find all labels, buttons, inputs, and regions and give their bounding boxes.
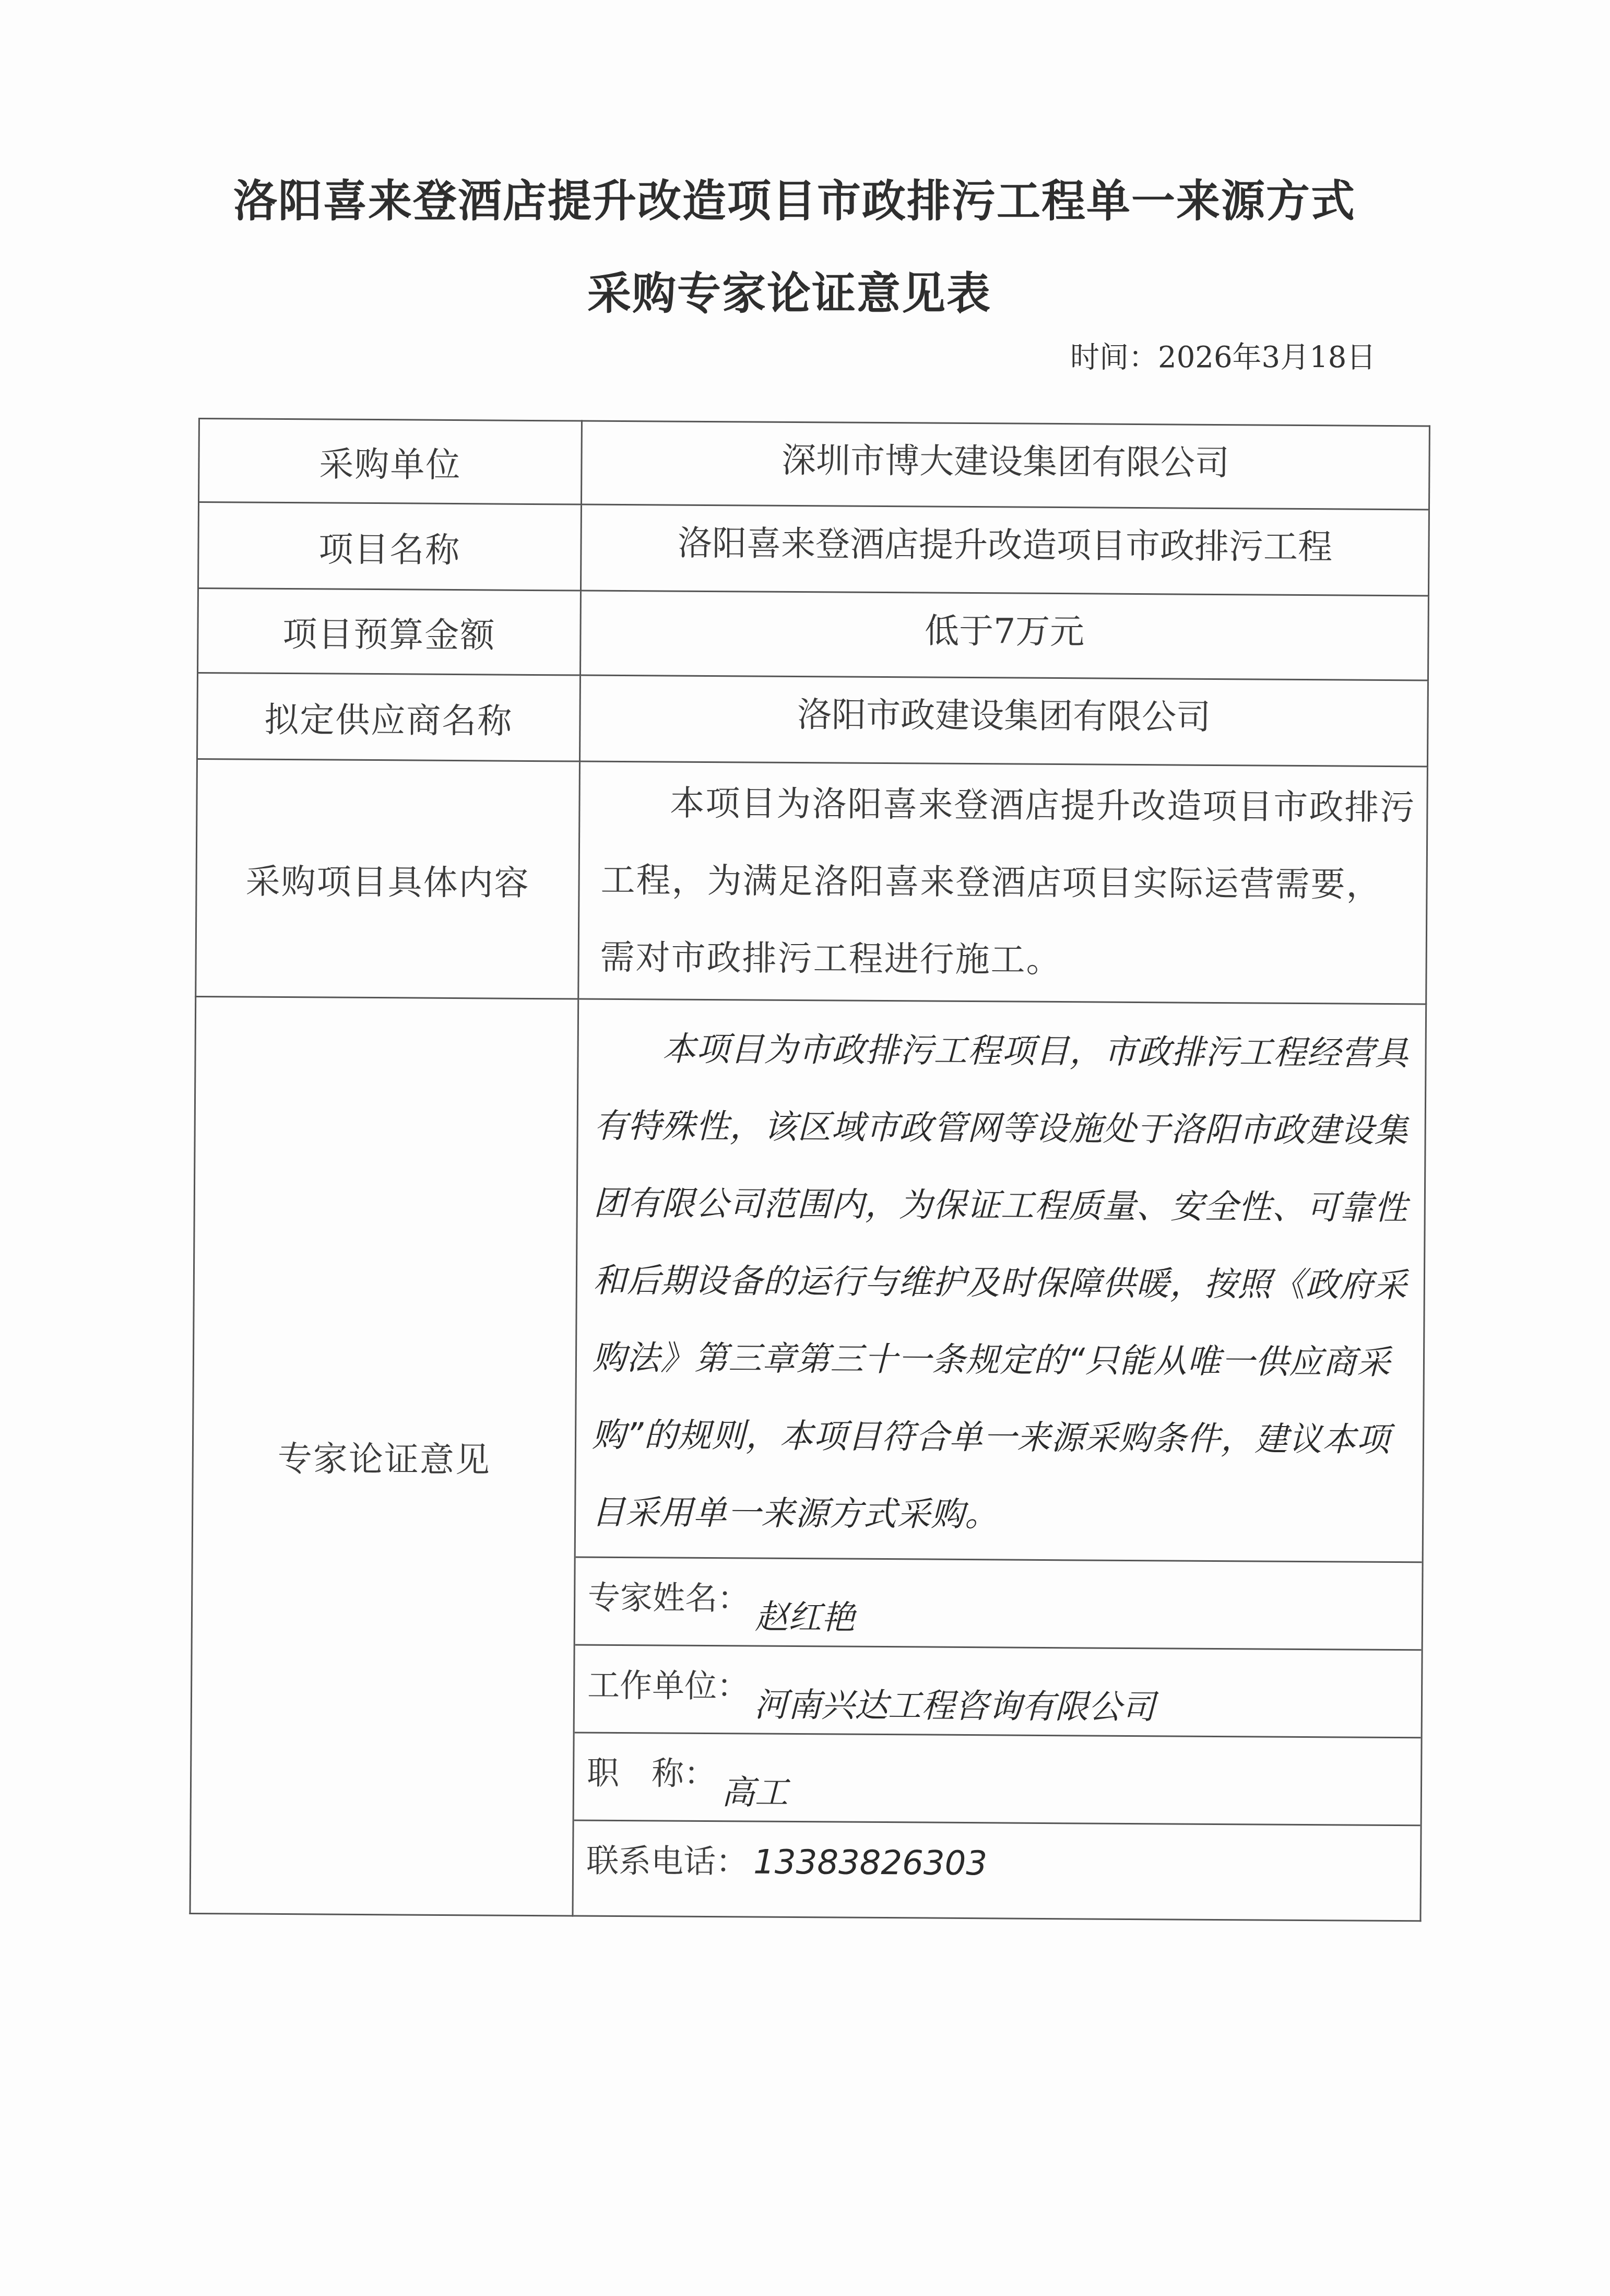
label-supplier: 拟定供应商名称 — [197, 673, 581, 761]
value-supplier: 洛阳市政建设集团有限公司 — [579, 675, 1428, 767]
expert-opinion-text: 本项目为市政排污工程项目，市政排污工程经营具有特殊性，该区域市政管网等设施处于洛… — [576, 999, 1426, 1563]
value-content-cell: 本项目为洛阳喜来登酒店提升改造项目市政排污工程，为满足洛阳喜来登酒店项目实际运营… — [578, 761, 1428, 1004]
expert-title-label: 职 称： — [587, 1734, 717, 1795]
label-purchaser: 采购单位 — [199, 419, 582, 504]
expert-opinion-cell: 本项目为市政排污工程项目，市政排污工程经营具有特殊性，该区域市政管网等设施处于洛… — [573, 999, 1426, 1921]
value-budget: 低于7万元 — [581, 591, 1429, 680]
expert-phone-row: 联系电话： 13383826303 — [573, 1821, 1420, 1920]
date-label: 时间： — [1070, 340, 1158, 374]
date-value: 2026年3月18日 — [1158, 340, 1376, 374]
document-title-line2: 采购专家论证意见表 — [0, 258, 1594, 322]
procurement-form-table: 采购单位 深圳市博大建设集团有限公司 项目名称 洛阳喜来登酒店提升改造项目市政排… — [189, 418, 1430, 1922]
expert-phone-label: 联系电话： — [586, 1821, 749, 1882]
label-expert-opinion: 专家论证意见 — [190, 996, 578, 1915]
label-budget: 项目预算金额 — [198, 588, 581, 675]
table-row-supplier: 拟定供应商名称 洛阳市政建设集团有限公司 — [197, 673, 1428, 767]
expert-title-row: 职 称： 高工 — [574, 1733, 1421, 1826]
expert-unit-row: 工作单位： 河南兴达工程咨询有限公司 — [575, 1645, 1422, 1738]
value-content: 本项目为洛阳喜来登酒店提升改造项目市政排污工程，为满足洛阳喜来登酒店项目实际运营… — [579, 764, 1427, 1001]
document-date: 时间：2026年3月18日 — [1070, 334, 1376, 376]
expert-name-row: 专家姓名： 赵红艳 — [575, 1558, 1422, 1651]
value-purchaser: 深圳市博大建设集团有限公司 — [581, 421, 1429, 510]
table-row-expert-opinion: 专家论证意见 本项目为市政排污工程项目，市政排污工程经营具有特殊性，该区域市政管… — [190, 996, 1426, 1921]
document-page: 洛阳喜来登酒店提升改造项目市政排污工程单一来源方式 采购专家论证意见表 时间：2… — [0, 0, 1610, 2296]
value-project-name: 洛阳喜来登酒店提升改造项目市政排污工程 — [581, 504, 1429, 596]
label-content: 采购项目具体内容 — [196, 759, 580, 998]
document-title-line1: 洛阳喜来登酒店提升改造项目市政排污工程单一来源方式 — [0, 166, 1600, 229]
label-project-name: 项目名称 — [198, 502, 582, 591]
table-row-purchaser: 采购单位 深圳市博大建设集团有限公司 — [199, 419, 1430, 510]
table-row-content: 采购项目具体内容 本项目为洛阳喜来登酒店提升改造项目市政排污工程，为满足洛阳喜来… — [196, 759, 1428, 1004]
expert-unit-value: 河南兴达工程咨询有限公司 — [749, 1646, 1156, 1728]
expert-name-label: 专家姓名： — [588, 1558, 750, 1619]
table-row-budget: 项目预算金额 低于7万元 — [198, 588, 1429, 680]
table-row-project-name: 项目名称 洛阳喜来登酒店提升改造项目市政排污工程 — [198, 502, 1429, 596]
expert-unit-label: 工作单位： — [587, 1646, 750, 1707]
expert-name-signature: 赵红艳 — [750, 1559, 856, 1639]
expert-phone-value: 13383826303 — [748, 1822, 988, 1883]
expert-title-value: 高工 — [716, 1734, 789, 1814]
